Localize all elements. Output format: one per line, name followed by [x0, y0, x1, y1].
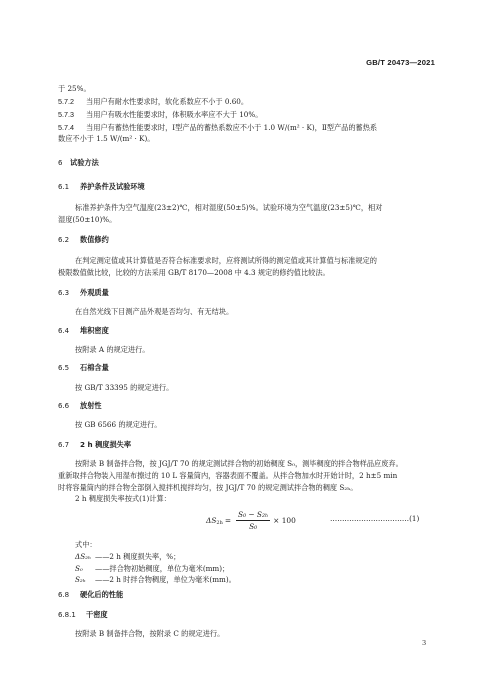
clause-text: 当用户有耐水性要求时，软化系数应不小于 0.60。	[86, 97, 248, 106]
section-6-5-heading: 6.5石棉含量	[58, 363, 109, 373]
section-6-7-body-line1: 按附录 B 制备拌合物，按 JGJ/T 70 的规定测试拌合物的初始稠度 S₀，…	[75, 459, 403, 468]
page-number: 3	[422, 639, 426, 647]
section-6-8-1-body: 按附录 B 制备拌合物，按附录 C 的规定进行。	[75, 629, 224, 638]
section-title: 试验方法	[70, 158, 99, 167]
section-number: 6.7	[58, 441, 80, 450]
clause-number: 5.7.4	[58, 123, 86, 132]
variable-definition: S₀——拌合物初始稠度，单位为毫米(mm)；	[75, 564, 229, 573]
variable-symbol: ΔS₂ₕ	[75, 552, 95, 561]
section-number: 6.5	[58, 364, 80, 373]
formula-fraction: S₀ − S₂ₕ S₀	[236, 510, 270, 531]
clause-5-7-4: 5.7.4当用户有蓄热性能要求时，Ⅰ型产品的蓄热系数应不小于 1.0 W/(m²…	[58, 123, 377, 132]
section-number: 6.8.1	[58, 611, 86, 620]
continued-text: 于 25%。	[58, 84, 91, 93]
section-6-7-body-line2: 重新取拌合物装入用湿布擦过的 10 L 容量筒内，容器表面不覆盖。从拌合物加水时…	[58, 471, 397, 480]
section-number: 6.4	[58, 327, 80, 336]
section-number: 6.1	[58, 183, 80, 192]
clause-text: 当用户有蓄热性能要求时，Ⅰ型产品的蓄热系数应不小于 1.0 W/(m² · K)…	[86, 123, 377, 132]
section-title: 外观质量	[80, 288, 109, 297]
standard-code: GB/T 20473—2021	[366, 58, 435, 67]
section-6-4-body: 按附录 A 的规定进行。	[75, 345, 149, 354]
formula-intro: 2 h 稠度损失率按式(1)计算：	[75, 494, 171, 503]
clause-text: 当用户有吸水性能要求时，体积吸水率应不大于 10%。	[86, 110, 262, 119]
variable-symbol: S₂ₕ	[75, 575, 95, 584]
section-6-2-body-cont: 极限数值做比较，比较的方法采用 GB/T 8170—2008 中 4.3 规定的…	[58, 268, 330, 277]
clause-number: 5.7.2	[58, 97, 86, 106]
section-title: 石棉含量	[80, 363, 109, 372]
equation-number: ……………………………(1)	[330, 514, 419, 523]
section-number: 6.8	[58, 591, 80, 600]
section-number: 6.2	[58, 236, 80, 245]
section-6-2-heading: 6.2数值修约	[58, 235, 109, 245]
section-6-2-body: 在判定测定值或其计算值是否符合标准要求时，应将测试所得的测定值或其计算值与标准规…	[75, 256, 377, 265]
formula-numerator: S₀ − S₂ₕ	[236, 510, 270, 521]
section-6-1-body: 标准养护条件为空气温度(23±2)℃，相对湿度(50±5)%。试验环境为空气温度…	[75, 203, 382, 212]
section-number: 6.6	[58, 402, 80, 411]
document-page: GB/T 20473—2021 于 25%。 5.7.2当用户有耐水性要求时，软…	[0, 0, 487, 689]
section-6-6-body: 按 GB 6566 的规定进行。	[75, 420, 161, 429]
variable-symbol: S₀	[75, 564, 95, 573]
variable-meaning: ——2 h 时拌合物稠度，单位为毫米(mm)。	[95, 575, 236, 584]
section-number: 6.3	[58, 289, 80, 298]
variable-meaning: ——2 h 稠度损失率，%；	[95, 552, 180, 561]
section-title: 数值修约	[80, 235, 109, 244]
variable-definition: ΔS₂ₕ——2 h 稠度损失率，%；	[75, 552, 180, 561]
section-6-3-heading: 6.3外观质量	[58, 288, 109, 298]
section-6-7-heading: 6.72 h 稠度损失率	[58, 440, 131, 450]
section-6-7-body-line3: 时将容量筒内的拌合物全部倒入搅拌机搅拌均匀，按 JGJ/T 70 的规定测试拌合…	[58, 483, 358, 492]
section-title: 堆积密度	[80, 326, 109, 335]
section-title: 养护条件及试验环境	[80, 182, 145, 191]
formula-denominator: S₀	[249, 521, 257, 531]
section-6-1-body-cont: 湿度(50±10)%。	[58, 215, 116, 224]
section-6-heading: 6试验方法	[58, 158, 99, 168]
section-6-4-heading: 6.4堆积密度	[58, 326, 109, 336]
variable-meaning: ——拌合物初始稠度，单位为毫米(mm)；	[95, 564, 229, 573]
section-6-8-heading: 6.8硬化后的性能	[58, 590, 123, 600]
formula-equals: =	[225, 516, 231, 525]
section-title: 2 h 稠度损失率	[80, 440, 131, 449]
clause-5-7-3: 5.7.3当用户有吸水性能要求时，体积吸水率应不大于 10%。	[58, 110, 262, 119]
formula-1: ΔS2h = S₀ − S₂ₕ S₀ × 100	[206, 510, 296, 531]
section-6-1-heading: 6.1养护条件及试验环境	[58, 182, 145, 192]
where-label: 式中：	[75, 540, 97, 549]
section-title: 放射性	[80, 401, 102, 410]
formula-lhs: ΔS2h	[206, 516, 223, 526]
section-6-3-body: 在自然光线下目测产品外观是否均匀、有无结块。	[75, 307, 233, 316]
section-title: 干密度	[86, 610, 108, 619]
formula-multiplier: × 100	[273, 516, 296, 525]
section-title: 硬化后的性能	[80, 590, 123, 599]
variable-definition: S₂ₕ——2 h 时拌合物稠度，单位为毫米(mm)。	[75, 575, 236, 584]
section-6-5-body: 按 GB/T 33395 的规定进行。	[75, 383, 173, 392]
clause-number: 5.7.3	[58, 110, 86, 119]
clause-5-7-2: 5.7.2当用户有耐水性要求时，软化系数应不小于 0.60。	[58, 97, 248, 106]
clause-5-7-4-cont: 数应不小于 1.5 W/(m² · K)。	[58, 134, 154, 143]
section-6-6-heading: 6.6放射性	[58, 401, 102, 411]
section-6-8-1-heading: 6.8.1干密度	[58, 610, 108, 620]
section-number: 6	[58, 159, 70, 168]
